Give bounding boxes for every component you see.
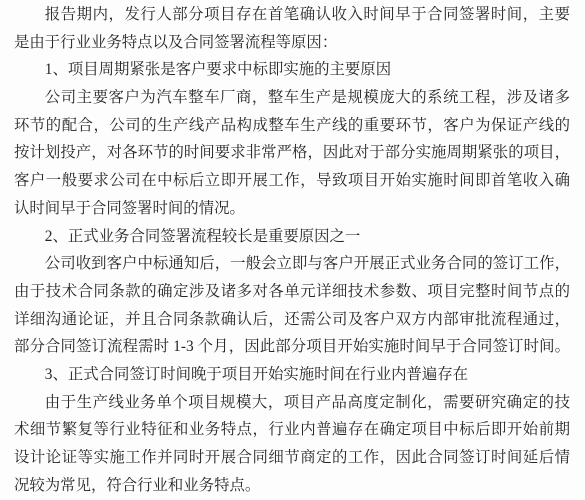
- text-line: 况较为常见，符合行业和业务特点。: [14, 472, 570, 500]
- text-line: 报告期内，发行人部分项目存在首笔确认收入时间早于合同签署时间，主要: [14, 1, 570, 29]
- heading-line: 3、正式合同签订时间晚于项目开始实施时间在行业内普遍存在: [14, 361, 570, 389]
- text-line: 部分合同签订流程需时 1-3 个月，因此部分项目开始实施时间早于合同签订时间。: [14, 333, 570, 361]
- text-line: 按计划投产，对各环节的时间要求非常严格，因此对于部分实施周期紧张的项目，: [14, 139, 570, 167]
- text-line: 设计论证等实施工作并同时开展合同细节商定的工作，因此合同签订时间延后情: [14, 444, 570, 472]
- text-line: 详细沟通论证，并且合同条款确认后，还需公司及客户双方内部审批流程通过，: [14, 306, 570, 334]
- text-block: 报告期内，发行人部分项目存在首笔确认收入时间早于合同签署时间，主要是由于行业业务…: [14, 1, 570, 499]
- heading-line: 2、正式业务合同签署流程较长是重要原因之一: [14, 223, 570, 251]
- text-line: 公司收到客户中标通知后，一般会立即与客户开展正式业务合同的签订工作，: [14, 250, 570, 278]
- document-page: 报告期内，发行人部分项目存在首笔确认收入时间早于合同签署时间，主要是由于行业业务…: [0, 0, 585, 500]
- text-line: 客户一般要求公司在中标后立即开展工作，导致项目开始实施时间即首笔收入确: [14, 167, 570, 195]
- text-line: 由于生产线业务单个项目规模大，项目产品高度定制化，需要研究确定的技: [14, 389, 570, 417]
- heading-line: 1、项目周期紧张是客户要求中标即实施的主要原因: [14, 56, 570, 84]
- text-line: 是由于行业业务特点以及合同签署流程等原因：: [14, 29, 570, 57]
- text-line: 认时间早于合同签署时间的情况。: [14, 195, 570, 223]
- text-line: 环节的配合，公司的生产线产品构成整车生产线的重要环节，客户为保证产线的: [14, 112, 570, 140]
- text-line: 术细节繁复等行业特征和业务特点，行业内普遍存在确定项目中标后即开始前期: [14, 416, 570, 444]
- text-line: 公司主要客户为汽车整车厂商，整车生产是规模庞大的系统工程，涉及诸多: [14, 84, 570, 112]
- text-line: 由于技术合同条款的确定涉及诸多对各单元详细技术参数、项目完整时间节点的: [14, 278, 570, 306]
